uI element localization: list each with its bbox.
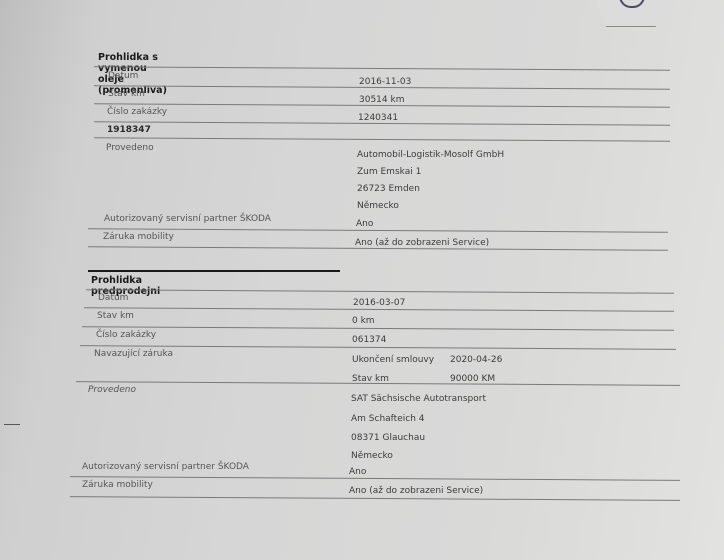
order-number-label: Číslo zakázky: [96, 330, 156, 340]
order-number-value: 1240341: [358, 113, 398, 123]
performed-by-line-3: 08371 Glauchau: [351, 433, 425, 443]
authorized-partner-label: Autorizovaný servisní partner ŠKODA: [104, 214, 271, 224]
mobility-warranty-value: Ano (až do zobrazeni Service): [349, 486, 483, 496]
performed-by-label: Provedeno: [106, 143, 154, 153]
mileage-label: Stav km: [97, 311, 134, 321]
mobility-warranty-value: Ano (až do zobrazeni Service): [355, 238, 489, 248]
service-book-page: ~~~~~~~~~~~~ Prohlidka s vymenou oleje (…: [0, 0, 724, 560]
contract-end-key: Ukončení smlouvy: [352, 355, 434, 365]
performed-by-line-2: Zum Emskai 1: [357, 167, 421, 177]
mileage-value: 30514 km: [359, 95, 404, 105]
page-mark: [4, 424, 20, 425]
authorized-partner-value: Ano: [349, 467, 366, 477]
mobility-warranty-label: Záruka mobility: [103, 232, 174, 242]
date-value: 2016-03-07: [353, 298, 405, 308]
performed-by-line-1: SAT Sächsische Autotransport: [351, 394, 486, 404]
performed-by-line-2: Am Schafteich 4: [351, 414, 424, 424]
mileage-label: Stav km: [108, 89, 145, 99]
mileage-value: 0 km: [352, 316, 375, 326]
skoda-emblem-icon: [590, 0, 672, 27]
contract-end-value: 2020-04-26: [450, 355, 502, 365]
order-number-value: 061374: [352, 335, 386, 345]
follow-up-warranty-label: Navazující záruka: [94, 349, 173, 359]
performed-by-line-4: Německo: [357, 201, 399, 211]
authorized-partner-value: Ano: [356, 219, 373, 229]
bleed-through-text: ~~~~~~~~~~~~: [560, 66, 661, 77]
date-label: Datum: [108, 71, 138, 81]
authorized-partner-label: Autorizovaný servisní partner ŠKODA: [82, 462, 249, 472]
performed-by-label: Provedeno: [88, 385, 136, 395]
date-label: Datum: [98, 293, 128, 303]
date-value: 2016-11-03: [359, 77, 411, 87]
order-number-label: Číslo zakázky: [107, 107, 167, 117]
mobility-warranty-label: Záruka mobility: [82, 480, 153, 490]
performed-by-line-1: Automobil-Logistik-Mosolf GmbH: [357, 150, 504, 160]
performed-by-line-3: 26723 Emden: [357, 184, 420, 194]
performed-by-line-4: Německo: [351, 451, 393, 461]
section-divider: [88, 270, 340, 272]
order-number-extra: 1918347: [107, 125, 151, 135]
